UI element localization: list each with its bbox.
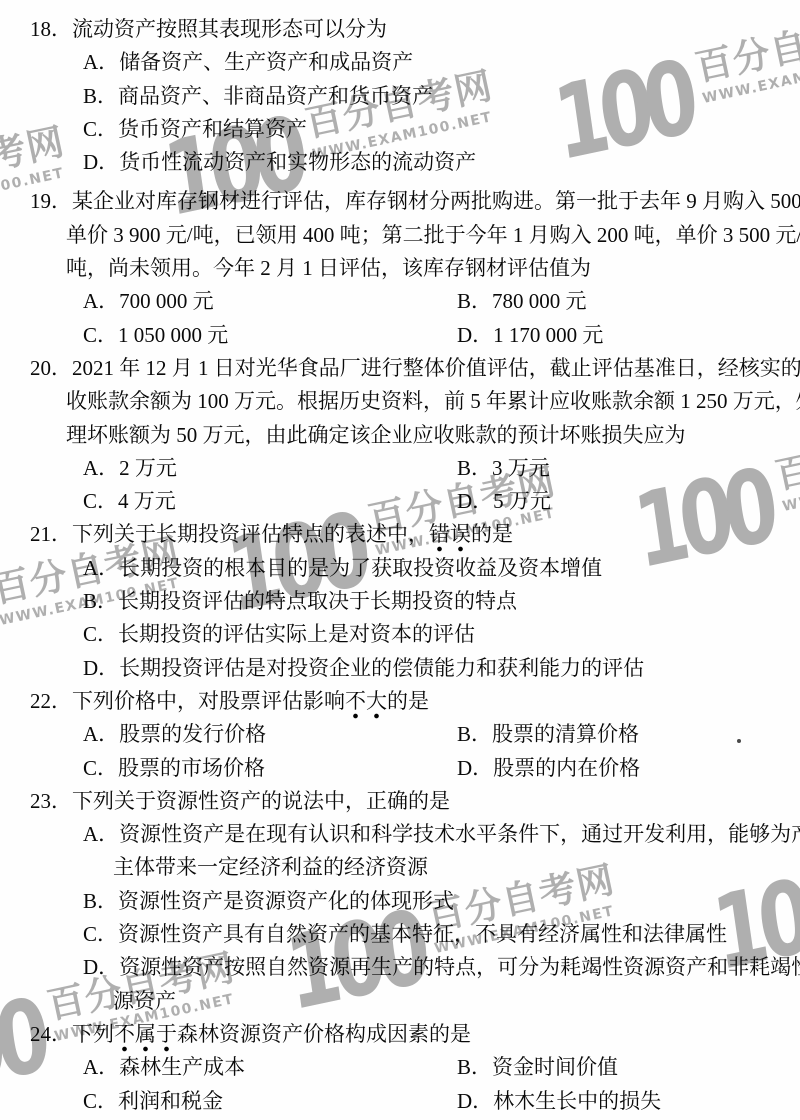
option-label: D． xyxy=(457,1089,493,1113)
option-label: B． xyxy=(457,289,492,313)
option-b: B．股票的清算价格 xyxy=(457,718,639,751)
stem-text: 流动资产按照其表现形态可以分为 xyxy=(72,17,387,41)
option-label: A． xyxy=(83,289,119,313)
option-a: A．长期投资的根本目的是为了获取投资收益及资本增值 xyxy=(0,552,800,585)
question-stem-line: 理坏账额为 50 万元，由此确定该企业应收账款的预计坏账损失应为 xyxy=(0,419,800,452)
question-22: 22．下列价格中，对股票评估影响不大的是 A．股票的发行价格 B．股票的清算价格… xyxy=(0,685,800,785)
option-b: B．资源性资产是资源资产化的体现形式 xyxy=(0,885,800,918)
option-label: D． xyxy=(83,656,119,680)
option-label: B． xyxy=(83,889,118,913)
option-label: C． xyxy=(83,622,118,646)
option-label: B． xyxy=(457,1055,492,1079)
option-c: C．资源性资产具有自然资产的基本特征，不具有经济属性和法律属性 xyxy=(0,918,800,951)
question-stem-line: 吨，尚未领用。今年 2 月 1 日评估，该库存钢材评估值为 xyxy=(0,252,800,285)
question-stem-line: 收账款余额为 100 万元。根据历史资料，前 5 年累计应收账款余额 1 250… xyxy=(0,385,800,418)
option-d: D．林木生长中的损失 xyxy=(457,1085,661,1118)
option-text: 股票的内在价格 xyxy=(493,756,640,780)
option-text: 2 万元 xyxy=(119,456,177,480)
option-c: C．1 050 000 元 xyxy=(0,319,457,352)
question-stem: 23．下列关于资源性资产的说法中，正确的是 xyxy=(0,785,800,818)
option-row: C．利润和税金 D．林木生长中的损失 xyxy=(0,1085,800,1118)
stem-text: 的是 xyxy=(471,522,513,546)
stem-text: 2021 年 12 月 1 日对光华食品厂进行整体价值评估，截止评估基准日，经核… xyxy=(72,356,800,380)
stem-text: 森林资源资产价格构成因素的是 xyxy=(177,1022,471,1046)
option-label: D． xyxy=(457,756,493,780)
option-text: 货币资产和结算资产 xyxy=(118,117,307,141)
stem-text: 的是 xyxy=(387,689,429,713)
option-text: 股票的市场价格 xyxy=(118,756,265,780)
exam-page: { "watermark": { "logo_text": "100", "si… xyxy=(0,0,800,1120)
question-number: 24． xyxy=(30,1022,72,1046)
option-text: 资源性资产具有自然资产的基本特征，不具有经济属性和法律属性 xyxy=(118,922,727,946)
option-label: D． xyxy=(457,323,493,347)
question-24: 24．下列不属于森林资源资产价格构成因素的是 A．森林生产成本 B．资金时间价值… xyxy=(0,1018,800,1118)
question-21: 21．下列关于长期投资评估特点的表述中，错误的是 A．长期投资的根本目的是为了获… xyxy=(0,518,800,684)
option-b: B．780 000 元 xyxy=(457,285,587,318)
stem-text: 理坏账额为 50 万元，由此确定该企业应收账款的预计坏账损失应为 xyxy=(66,423,686,447)
option-row: A．股票的发行价格 B．股票的清算价格 xyxy=(0,718,800,751)
option-c: C．4 万元 xyxy=(0,485,457,518)
question-23: 23．下列关于资源性资产的说法中，正确的是 A．资源性资产是在现有认识和科学技术… xyxy=(0,785,800,1018)
option-a: A．2 万元 xyxy=(0,452,457,485)
stem-emphasized-text: 不大 xyxy=(345,689,387,719)
option-d: D．5 万元 xyxy=(457,485,551,518)
option-label: A． xyxy=(83,822,119,846)
stem-emphasized-text: 错误 xyxy=(429,522,471,552)
question-number: 21． xyxy=(30,522,72,546)
option-row: A．700 000 元 B．780 000 元 xyxy=(0,285,800,318)
stem-text: 吨，尚未领用。今年 2 月 1 日评估，该库存钢材评估值为 xyxy=(66,256,591,280)
option-d: D．股票的内在价格 xyxy=(457,752,640,785)
option-label: A． xyxy=(83,556,119,580)
option-label: B． xyxy=(457,722,492,746)
option-text: 股票的发行价格 xyxy=(119,722,266,746)
option-text: 长期投资评估是对投资企业的偿债能力和获利能力的评估 xyxy=(119,656,644,680)
option-b: B．长期投资评估的特点取决于长期投资的特点 xyxy=(0,585,800,618)
option-row: A．2 万元 B．3 万元 xyxy=(0,452,800,485)
question-19: 19．某企业对库存钢材进行评估，库存钢材分两批购进。第一批于去年 9 月购入 5… xyxy=(0,185,800,351)
option-text: 资源性资产是在现有认识和科学技术水平条件下，通过开发利用，能够为产权 xyxy=(119,822,800,846)
option-text: 森林生产成本 xyxy=(119,1055,245,1079)
option-text: 商品资产、非商品资产和货币资产 xyxy=(118,84,433,108)
option-a-continuation: 主体带来一定经济利益的经济资源 xyxy=(0,851,800,884)
question-stem: 21．下列关于长期投资评估特点的表述中，错误的是 xyxy=(0,518,800,551)
question-stem: 24．下列不属于森林资源资产价格构成因素的是 xyxy=(0,1018,800,1051)
question-18: 18．流动资产按照其表现形态可以分为 A．储备资产、生产资产和成品资产 B．商品… xyxy=(0,13,800,179)
option-label: A． xyxy=(83,722,119,746)
option-label: C． xyxy=(83,922,118,946)
question-number: 19． xyxy=(30,189,72,213)
option-b: B．资金时间价值 xyxy=(457,1051,618,1084)
stem-text: 单价 3 900 元/吨，已领用 400 吨；第二批于今年 1 月购入 200 … xyxy=(66,223,800,247)
question-stem: 20．2021 年 12 月 1 日对光华食品厂进行整体价值评估，截止评估基准日… xyxy=(0,352,800,385)
option-text: 5 万元 xyxy=(493,489,551,513)
option-text: 储备资产、生产资产和成品资产 xyxy=(119,50,413,74)
option-label: C． xyxy=(83,323,118,347)
option-text: 4 万元 xyxy=(118,489,176,513)
option-d: D．长期投资评估是对投资企业的偿债能力和获利能力的评估 xyxy=(0,652,800,685)
option-text: 林木生长中的损失 xyxy=(493,1089,661,1113)
question-number: 20． xyxy=(30,356,72,380)
option-label: D． xyxy=(83,150,119,174)
stem-text: 某企业对库存钢材进行评估，库存钢材分两批购进。第一批于去年 9 月购入 500 … xyxy=(72,189,800,213)
option-text: 1 050 000 元 xyxy=(118,323,228,347)
option-b: B．商品资产、非商品资产和货币资产 xyxy=(0,80,800,113)
option-text: 资源性资产是资源资产化的体现形式 xyxy=(118,889,454,913)
option-text: 货币性流动资产和实物形态的流动资产 xyxy=(119,150,476,174)
option-c: C．长期投资的评估实际上是对资本的评估 xyxy=(0,618,800,651)
option-row: C．4 万元 D．5 万元 xyxy=(0,485,800,518)
option-b: B．3 万元 xyxy=(457,452,550,485)
option-a: A．森林生产成本 xyxy=(0,1051,457,1084)
option-text: 长期投资评估的特点取决于长期投资的特点 xyxy=(118,589,517,613)
question-number: 23． xyxy=(30,789,72,813)
question-list: 18．流动资产按照其表现形态可以分为 A．储备资产、生产资产和成品资产 B．商品… xyxy=(0,0,800,1118)
question-20: 20．2021 年 12 月 1 日对光华食品厂进行整体价值评估，截止评估基准日… xyxy=(0,352,800,518)
option-text: 780 000 元 xyxy=(492,289,587,313)
option-c: C．货币资产和结算资产 xyxy=(0,113,800,146)
question-stem: 22．下列价格中，对股票评估影响不大的是 xyxy=(0,685,800,718)
stem-text: 下列关于长期投资评估特点的表述中， xyxy=(72,522,429,546)
option-a: A．储备资产、生产资产和成品资产 xyxy=(0,46,800,79)
option-label: B． xyxy=(83,84,118,108)
option-text: 700 000 元 xyxy=(119,289,214,313)
option-text: 股票的清算价格 xyxy=(492,722,639,746)
option-d: D．资源性资产按照自然资源再生产的特点，可分为耗竭性资源资产和非耗竭性资 xyxy=(0,951,800,984)
question-stem: 18．流动资产按照其表现形态可以分为 xyxy=(0,13,800,46)
option-text: 资源性资产按照自然资源再生产的特点，可分为耗竭性资源资产和非耗竭性资 xyxy=(119,955,800,979)
question-stem: 19．某企业对库存钢材进行评估，库存钢材分两批购进。第一批于去年 9 月购入 5… xyxy=(0,185,800,218)
option-a: A．700 000 元 xyxy=(0,285,457,318)
option-label: A． xyxy=(83,456,119,480)
question-number: 18． xyxy=(30,17,72,41)
option-label: A． xyxy=(83,50,119,74)
option-text: 长期投资的评估实际上是对资本的评估 xyxy=(118,622,475,646)
option-label: C． xyxy=(83,756,118,780)
option-label: C． xyxy=(83,117,118,141)
option-text: 源资产 xyxy=(113,989,176,1013)
option-c: C．股票的市场价格 xyxy=(0,752,457,785)
option-row: C．1 050 000 元 D．1 170 000 元 xyxy=(0,319,800,352)
stem-text: 收账款余额为 100 万元。根据历史资料，前 5 年累计应收账款余额 1 250… xyxy=(66,389,800,413)
option-label: C． xyxy=(83,1089,118,1113)
option-a: A．股票的发行价格 xyxy=(0,718,457,751)
question-number: 22． xyxy=(30,689,72,713)
option-label: D． xyxy=(457,489,493,513)
stem-emphasized-text: 不属于 xyxy=(114,1022,177,1052)
option-label: B． xyxy=(83,589,118,613)
option-label: B． xyxy=(457,456,492,480)
option-d: D．1 170 000 元 xyxy=(457,319,603,352)
option-text: 资金时间价值 xyxy=(492,1055,618,1079)
stem-text: 下列关于资源性资产的说法中，正确的是 xyxy=(72,789,450,813)
stem-text: 下列价格中，对股票评估影响 xyxy=(72,689,345,713)
option-a: A．资源性资产是在现有认识和科学技术水平条件下，通过开发利用，能够为产权 xyxy=(0,818,800,851)
option-d: D．货币性流动资产和实物形态的流动资产 xyxy=(0,146,800,179)
option-row: A．森林生产成本 B．资金时间价值 xyxy=(0,1051,800,1084)
option-c: C．利润和税金 xyxy=(0,1085,457,1118)
option-row: C．股票的市场价格 D．股票的内在价格 xyxy=(0,752,800,785)
option-text: 利润和税金 xyxy=(118,1089,223,1113)
option-text: 主体带来一定经济利益的经济资源 xyxy=(113,855,428,879)
option-text: 长期投资的根本目的是为了获取投资收益及资本增值 xyxy=(119,556,602,580)
option-d-continuation: 源资产 xyxy=(0,985,800,1018)
option-text: 1 170 000 元 xyxy=(493,323,603,347)
stem-text: 下列 xyxy=(72,1022,114,1046)
option-label: A． xyxy=(83,1055,119,1079)
option-label: D． xyxy=(83,955,119,979)
option-text: 3 万元 xyxy=(492,456,550,480)
question-stem-line: 单价 3 900 元/吨，已领用 400 吨；第二批于今年 1 月购入 200 … xyxy=(0,219,800,252)
option-label: C． xyxy=(83,489,118,513)
